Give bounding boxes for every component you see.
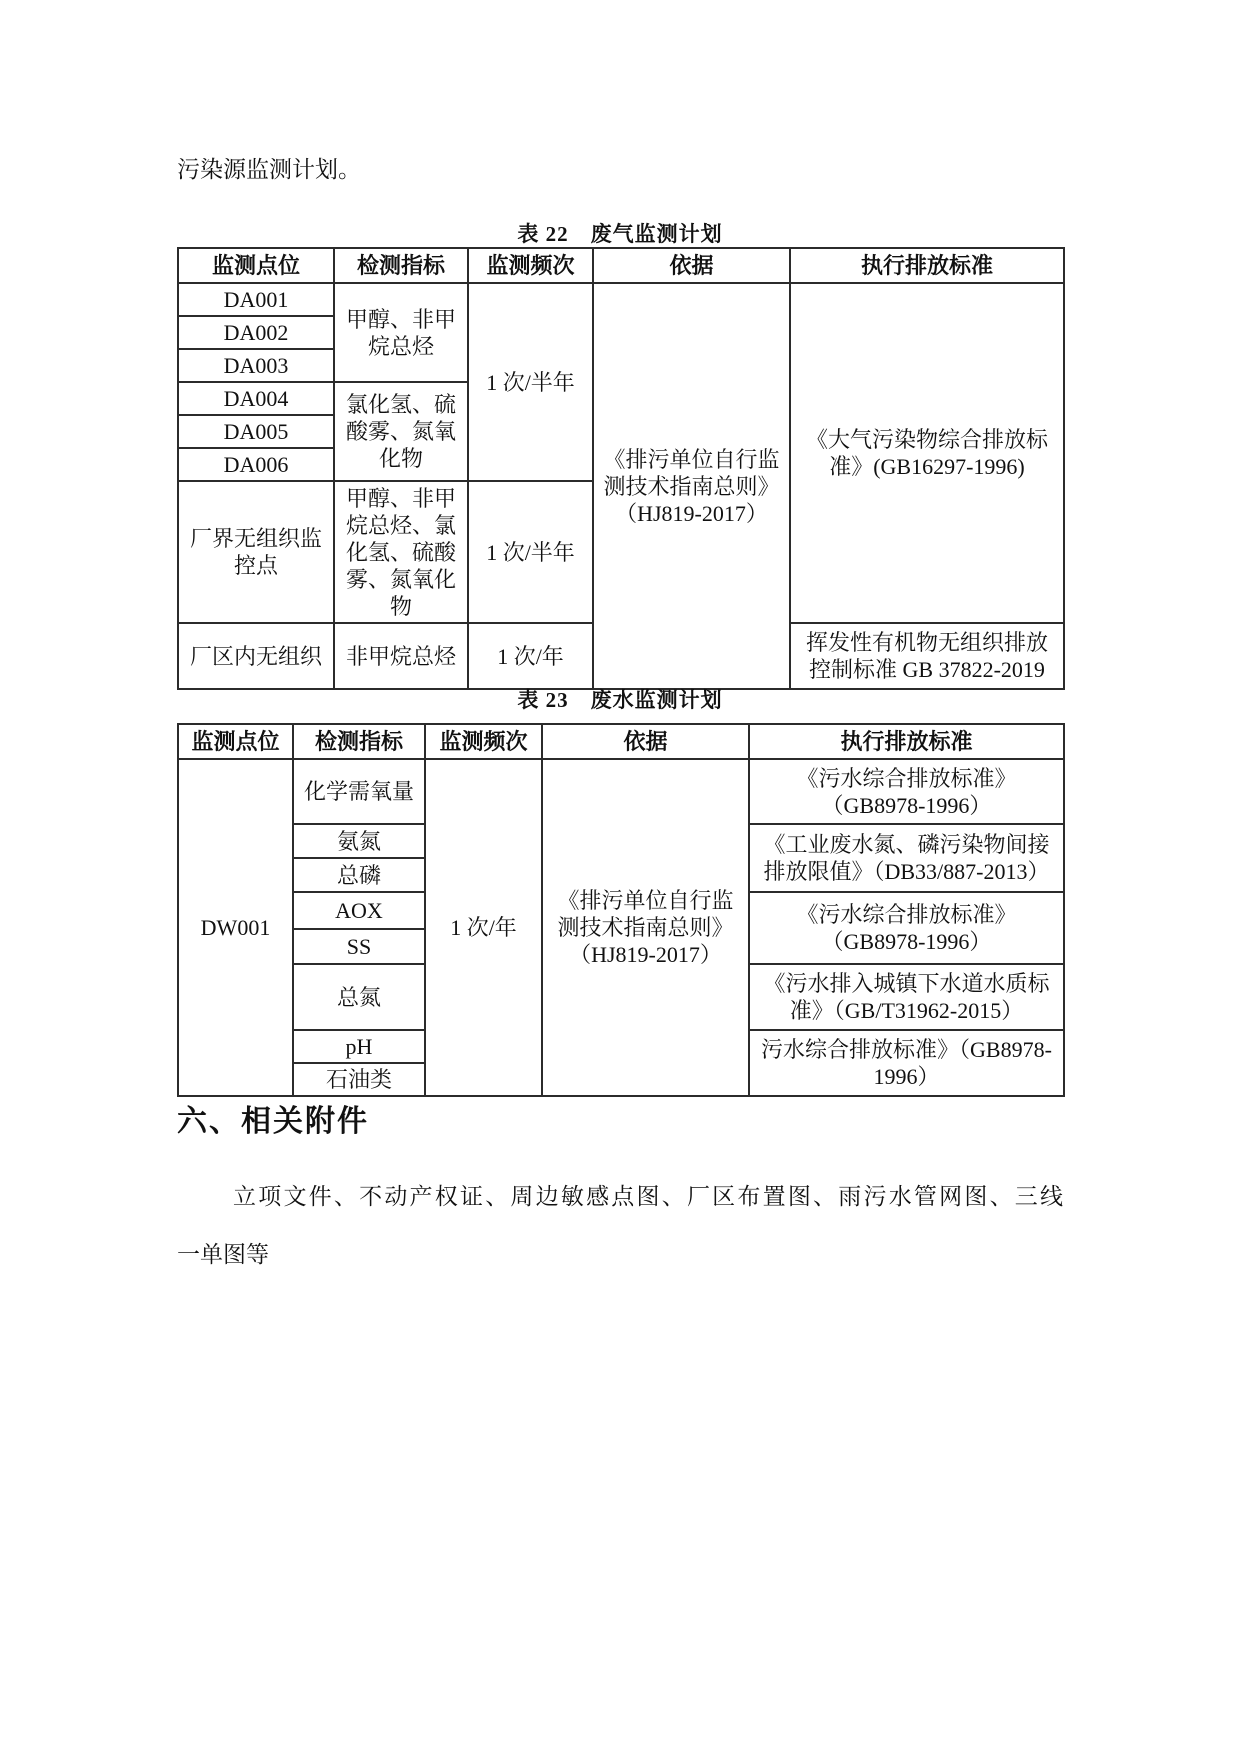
monitoring-point-cell: DA001 bbox=[178, 283, 334, 316]
indicator-cell: 氯化氢、硫酸雾、氮氧化物 bbox=[334, 382, 468, 481]
header-monitoring-point: 监测点位 bbox=[178, 724, 293, 759]
frequency-cell: 1 次/半年 bbox=[468, 481, 593, 623]
table-row: DW001 化学需氧量 1 次/年 《排污单位自行监测技术指南总则》（HJ819… bbox=[178, 759, 1064, 824]
document-page: 污染源监测计划。 表 22 废气监测计划 监测点位 检测指标 监测频次 依据 执… bbox=[0, 0, 1240, 1754]
indicator-cell: 化学需氧量 bbox=[293, 759, 425, 824]
standard-cell: 《大气污染物综合排放标准》(GB16297-1996) bbox=[790, 283, 1064, 623]
header-indicator: 检测指标 bbox=[293, 724, 425, 759]
attachments-line2: 一单图等 bbox=[177, 1226, 1063, 1284]
indicator-cell: 氨氮 bbox=[293, 824, 425, 858]
table-header-row: 监测点位 检测指标 监测频次 依据 执行排放标准 bbox=[178, 724, 1064, 759]
intro-paragraph: 污染源监测计划。 bbox=[177, 154, 1067, 186]
attachments-line1: 立项文件、不动产权证、周边敏感点图、厂区布置图、雨污水管网图、三线 bbox=[177, 1168, 1063, 1226]
indicator-cell: AOX bbox=[293, 892, 425, 929]
wastewater-monitoring-table: 监测点位 检测指标 监测频次 依据 执行排放标准 DW001 化学需氧量 1 次… bbox=[177, 723, 1065, 1097]
standard-cell: 《工业废水氮、磷污染物间接排放限值》（DB33/887-2013） bbox=[749, 824, 1064, 892]
header-standard: 执行排放标准 bbox=[749, 724, 1064, 759]
section-heading: 六、相关附件 bbox=[177, 1096, 369, 1140]
indicator-cell: 总磷 bbox=[293, 858, 425, 892]
indicator-cell: 石油类 bbox=[293, 1063, 425, 1096]
table-header-row: 监测点位 检测指标 监测频次 依据 执行排放标准 bbox=[178, 248, 1064, 283]
header-frequency: 监测频次 bbox=[425, 724, 542, 759]
indicator-cell: 非甲烷总烃 bbox=[334, 623, 468, 689]
header-frequency: 监测频次 bbox=[468, 248, 593, 283]
header-indicator: 检测指标 bbox=[334, 248, 468, 283]
standard-cell: 《污水综合排放标准》（GB8978-1996） bbox=[749, 892, 1064, 964]
monitoring-point-cell: DA005 bbox=[178, 415, 334, 448]
monitoring-point-cell: DA003 bbox=[178, 349, 334, 382]
indicator-cell: 甲醇、非甲烷总烃 bbox=[334, 283, 468, 382]
standard-cell: 《污水排入城镇下水道水质标准》（GB/T31962-2015） bbox=[749, 964, 1064, 1030]
basis-cell: 《排污单位自行监测技术指南总则》（HJ819-2017） bbox=[593, 283, 790, 689]
monitoring-point-cell: 厂界无组织监控点 bbox=[178, 481, 334, 623]
frequency-cell: 1 次/年 bbox=[468, 623, 593, 689]
indicator-cell: 总氮 bbox=[293, 964, 425, 1030]
table22-title: 表 22 废气监测计划 bbox=[177, 218, 1063, 248]
frequency-cell: 1 次/年 bbox=[425, 759, 542, 1096]
monitoring-point-cell: DA004 bbox=[178, 382, 334, 415]
table23-title: 表 23 废水监测计划 bbox=[177, 684, 1063, 714]
standard-cell: 污水综合排放标准》（GB8978-1996） bbox=[749, 1030, 1064, 1096]
attachments-paragraph: 立项文件、不动产权证、周边敏感点图、厂区布置图、雨污水管网图、三线 一单图等 bbox=[177, 1168, 1063, 1284]
header-basis: 依据 bbox=[542, 724, 749, 759]
indicator-cell: pH bbox=[293, 1030, 425, 1063]
header-standard: 执行排放标准 bbox=[790, 248, 1064, 283]
monitoring-point-cell: DA006 bbox=[178, 448, 334, 481]
header-monitoring-point: 监测点位 bbox=[178, 248, 334, 283]
standard-cell: 《污水综合排放标准》（GB8978-1996） bbox=[749, 759, 1064, 824]
standard-cell: 挥发性有机物无组织排放控制标准 GB 37822-2019 bbox=[790, 623, 1064, 689]
header-basis: 依据 bbox=[593, 248, 790, 283]
indicator-cell: SS bbox=[293, 929, 425, 964]
indicator-cell: 甲醇、非甲烷总烃、氯化氢、硫酸雾、氮氧化物 bbox=[334, 481, 468, 623]
wastegas-monitoring-table: 监测点位 检测指标 监测频次 依据 执行排放标准 DA001 甲醇、非甲烷总烃 … bbox=[177, 247, 1065, 690]
monitoring-point-cell: DA002 bbox=[178, 316, 334, 349]
frequency-cell: 1 次/半年 bbox=[468, 283, 593, 481]
monitoring-point-cell: DW001 bbox=[178, 759, 293, 1096]
basis-cell: 《排污单位自行监测技术指南总则》（HJ819-2017） bbox=[542, 759, 749, 1096]
table-row: DA001 甲醇、非甲烷总烃 1 次/半年 《排污单位自行监测技术指南总则》（H… bbox=[178, 283, 1064, 316]
monitoring-point-cell: 厂区内无组织 bbox=[178, 623, 334, 689]
